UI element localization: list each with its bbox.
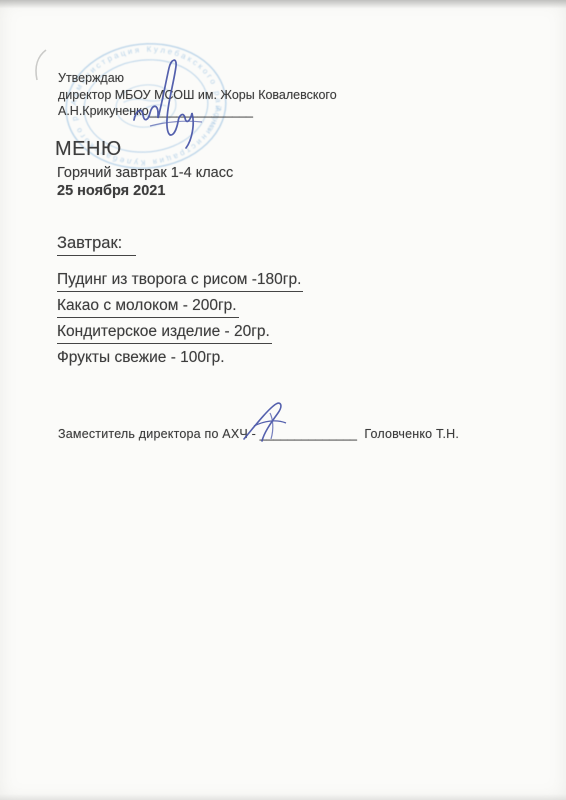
menu-item-list: Пудинг из творога с рисом -180гр. Какао … (57, 272, 303, 376)
menu-item-pudding: Пудинг из творога с рисом -180гр. (57, 272, 303, 293)
deputy-signature (240, 399, 302, 445)
section-heading-text: Завтрак: (57, 234, 136, 256)
scanned-menu-document: Администрация Кулебакского района Админи… (0, 0, 566, 800)
doc-date: 25 ноября 2021 (57, 183, 165, 199)
doc-subtitle: Горячий завтрак 1-4 класс (57, 165, 233, 181)
scanner-edge-shadow-bottom (0, 794, 566, 800)
menu-item-fruit: Фрукты свежие - 100гр. (57, 350, 303, 371)
menu-item-confectionery: Кондитерское изделие - 20гр. (57, 324, 303, 345)
director-signature (130, 56, 222, 150)
scanner-edge-shadow-top (0, 0, 566, 10)
section-heading-breakfast: Завтрак: (57, 234, 136, 256)
footer-signer-name: Головченко Т.Н. (364, 427, 459, 441)
pencil-scan-artifact (28, 48, 54, 82)
page-title: МЕНЮ (55, 138, 122, 161)
menu-item-cocoa: Какао с молоком - 200гр. (57, 298, 303, 319)
footer-label: Заместитель директора по АХЧ - (58, 427, 256, 441)
